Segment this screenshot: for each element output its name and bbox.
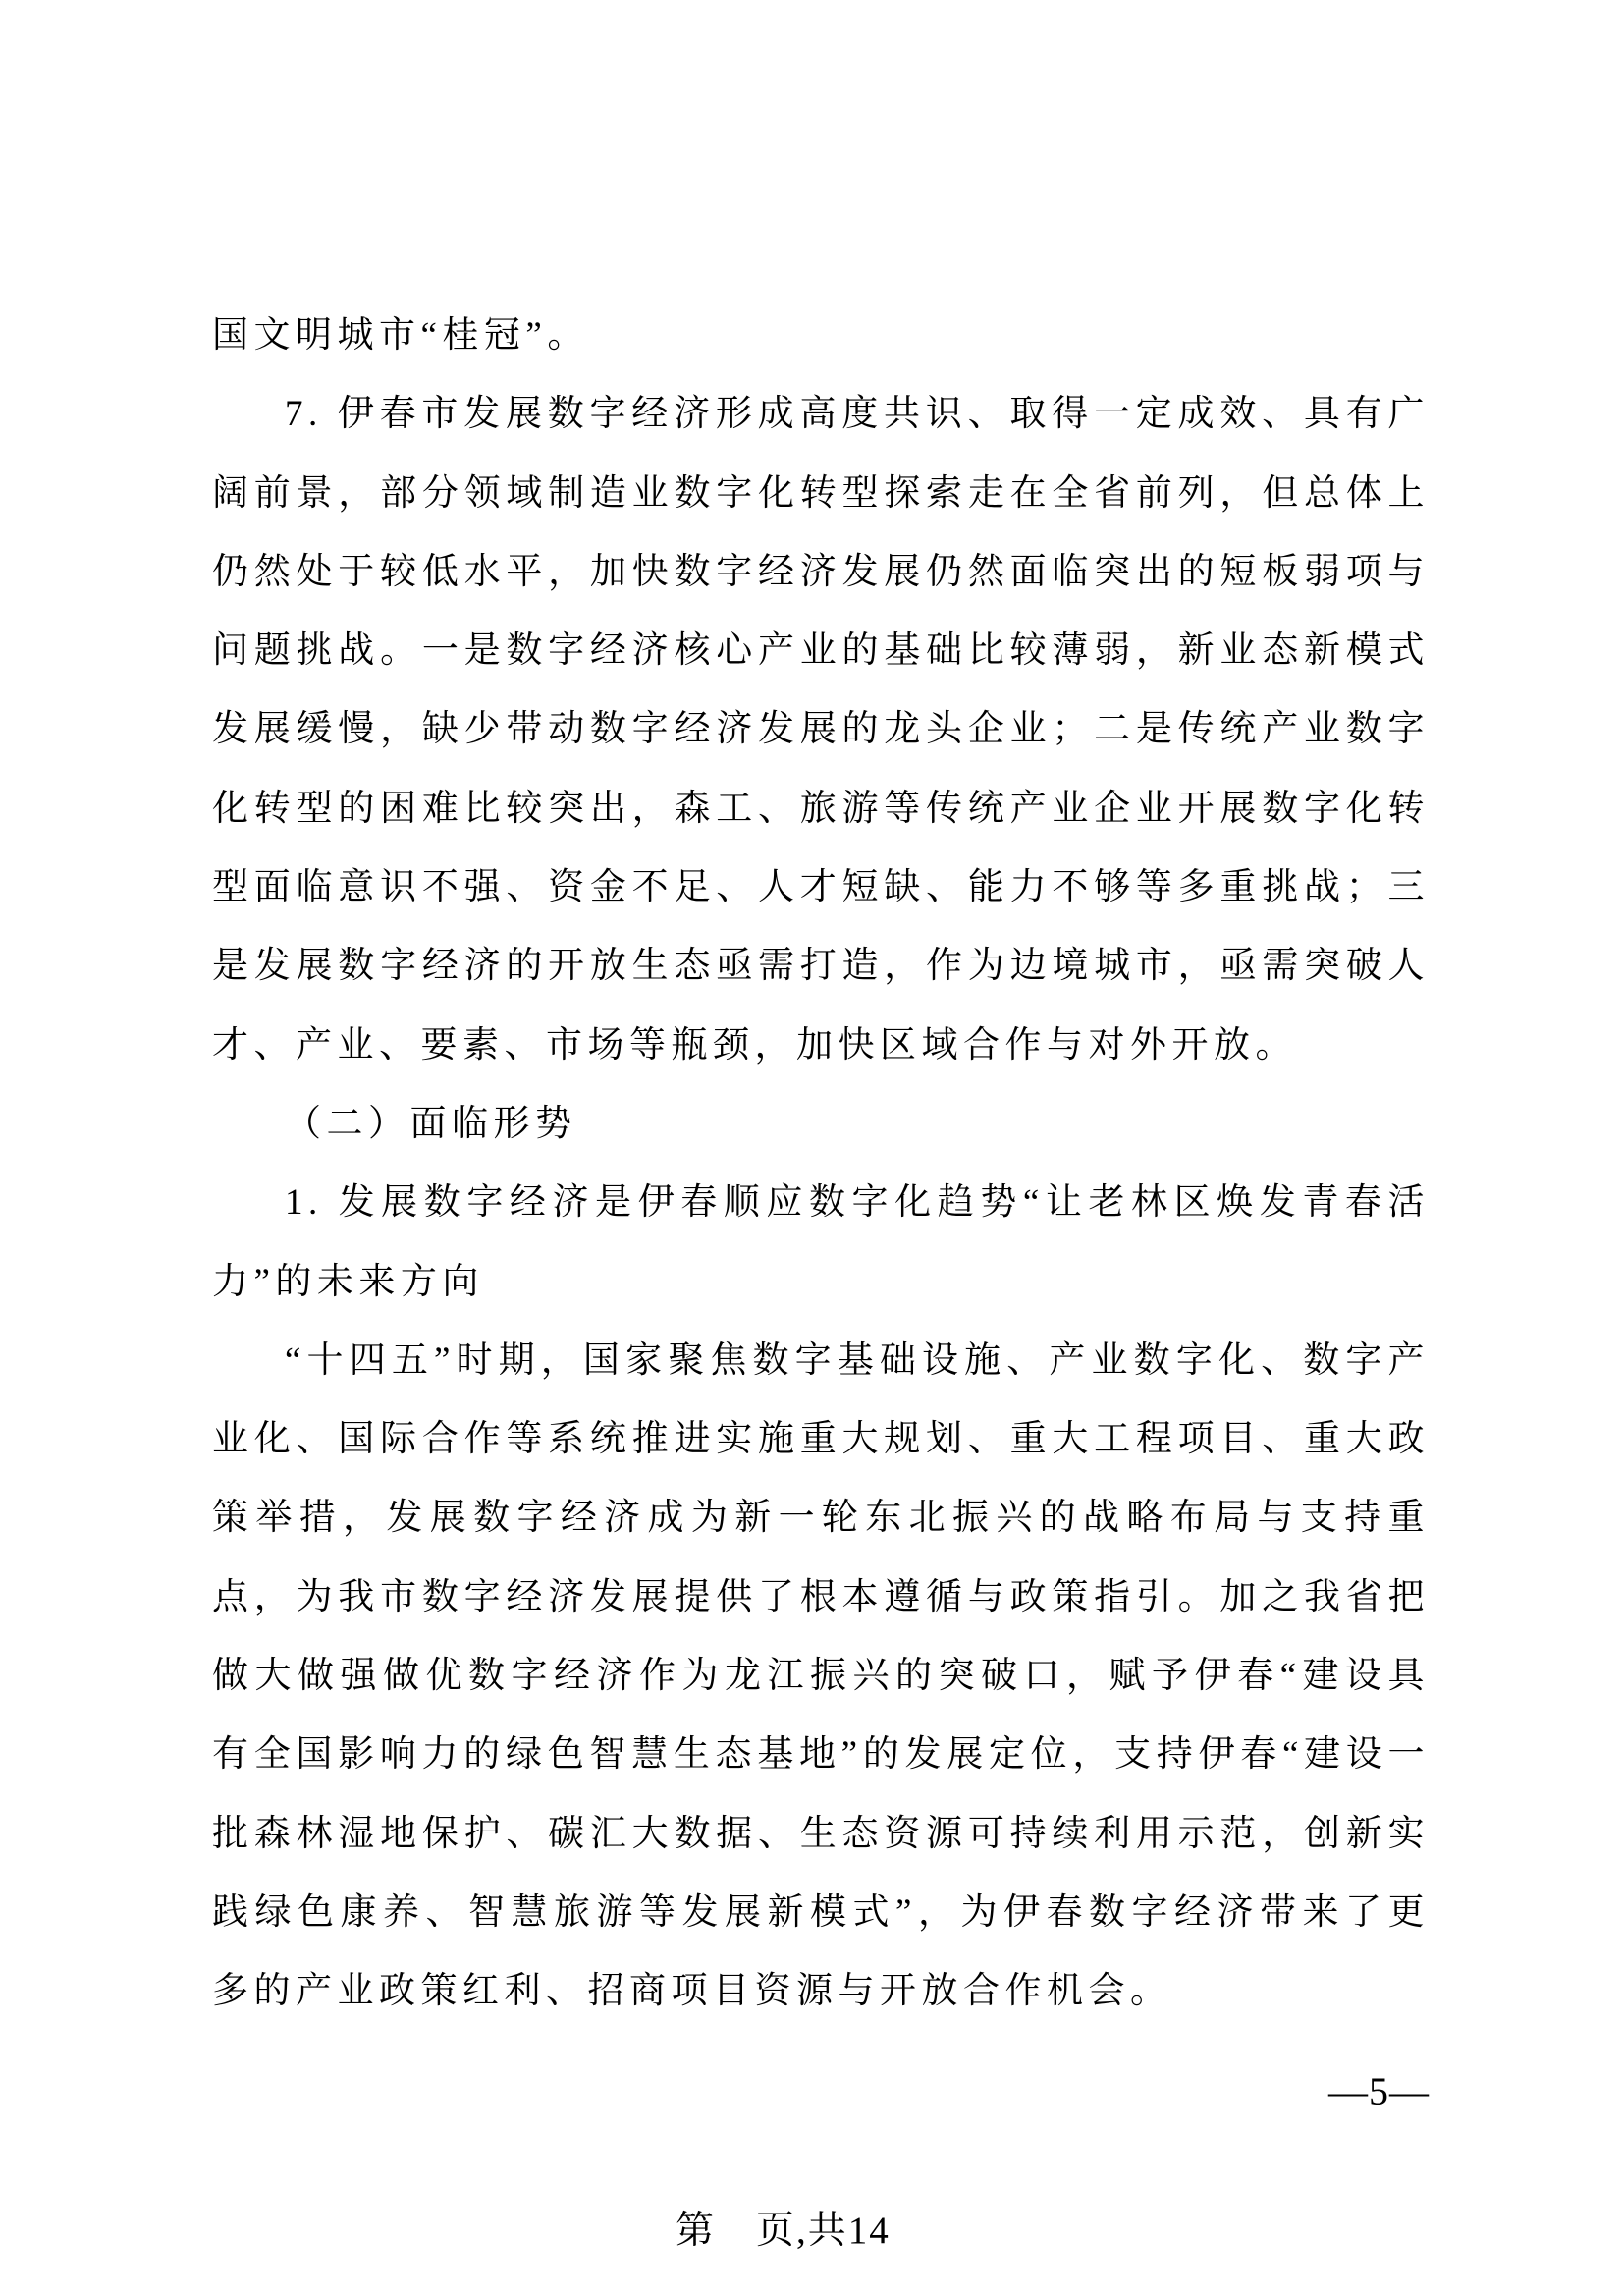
sub-heading: 1. 发展数字经济是伊春顺应数字化趋势“让老林区焕发青春活力”的未来方向 (212, 1164, 1430, 1322)
paragraph-body: “十四五”时期，国家聚焦数字基础设施、产业数字化、数字产业化、国际合作等系统推进… (212, 1322, 1430, 2032)
paragraph-continuation: 国文明城市“桂冠”。 (212, 297, 1430, 375)
document-page: 国文明城市“桂冠”。 7. 伊春市发展数字经济形成高度共识、取得一定成效、具有广… (0, 0, 1623, 2296)
paragraph-body: 7. 伊春市发展数字经济形成高度共识、取得一定成效、具有广阔前景，部分领域制造业… (212, 375, 1430, 1085)
section-heading: （二）面临形势 (212, 1085, 1430, 1164)
footer-page-label: 第 页,共14 (676, 2200, 891, 2255)
page-number: —5— (212, 2068, 1430, 2114)
document-body: 国文明城市“桂冠”。 7. 伊春市发展数字经济形成高度共识、取得一定成效、具有广… (212, 297, 1430, 2032)
